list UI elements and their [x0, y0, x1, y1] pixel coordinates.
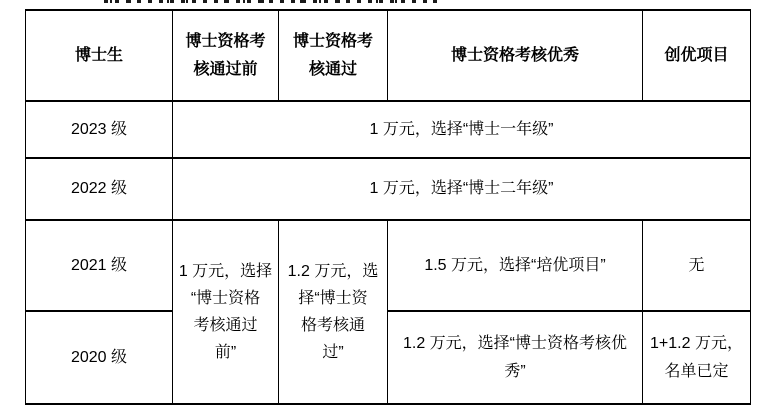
cell-2023-grade: 2023 级	[26, 101, 173, 158]
cell-2021-grade: 2021 级	[26, 220, 173, 311]
table-row-2020: 2020 级 1.2 万元，选择“博士资格考核优 秀” 1+1.2 万元， 名单…	[26, 311, 751, 404]
header-doctoral-student: 博士生	[26, 10, 173, 101]
cell-2020-excellent: 1.2 万元，选择“博士资格考核优 秀”	[388, 311, 643, 404]
table-row-2022: 2022 级 1 万元，选择“博士二年级”	[26, 158, 751, 220]
cut-off-text-fragment	[104, 0, 437, 3]
table-row-2021: 2021 级 1 万元，选择 “博士资格 考核通过 前” 1.2 万元，选 择“…	[26, 220, 751, 311]
doctoral-scholarship-table: 博士生 博士资格考 核通过前 博士资格考 核通过 博士资格考核优秀 创优项目 2…	[25, 9, 751, 405]
cell-2023-all-columns: 1 万元，选择“博士一年级”	[173, 101, 751, 158]
cell-2020-grade: 2020 级	[26, 311, 173, 404]
table-header-row: 博士生 博士资格考 核通过前 博士资格考 核通过 博士资格考核优秀 创优项目	[26, 10, 751, 101]
cell-2022-all-columns: 1 万元，选择“博士二年级”	[173, 158, 751, 220]
cell-merged-pass: 1.2 万元，选 择“博士资 格考核通 过”	[279, 220, 388, 404]
cell-2021-project: 无	[643, 220, 751, 311]
table-row-2023: 2023 级 1 万元，选择“博士一年级”	[26, 101, 751, 158]
cell-2020-project: 1+1.2 万元， 名单已定	[643, 311, 751, 404]
cell-2022-grade: 2022 级	[26, 158, 173, 220]
header-qualification-pass: 博士资格考 核通过	[279, 10, 388, 101]
header-before-qualification-pass: 博士资格考 核通过前	[173, 10, 279, 101]
cell-2021-excellent: 1.5 万元，选择“培优项目”	[388, 220, 643, 311]
header-innovation-project: 创优项目	[643, 10, 751, 101]
header-qualification-excellent: 博士资格考核优秀	[388, 10, 643, 101]
cell-merged-before-pass: 1 万元，选择 “博士资格 考核通过 前”	[173, 220, 279, 404]
